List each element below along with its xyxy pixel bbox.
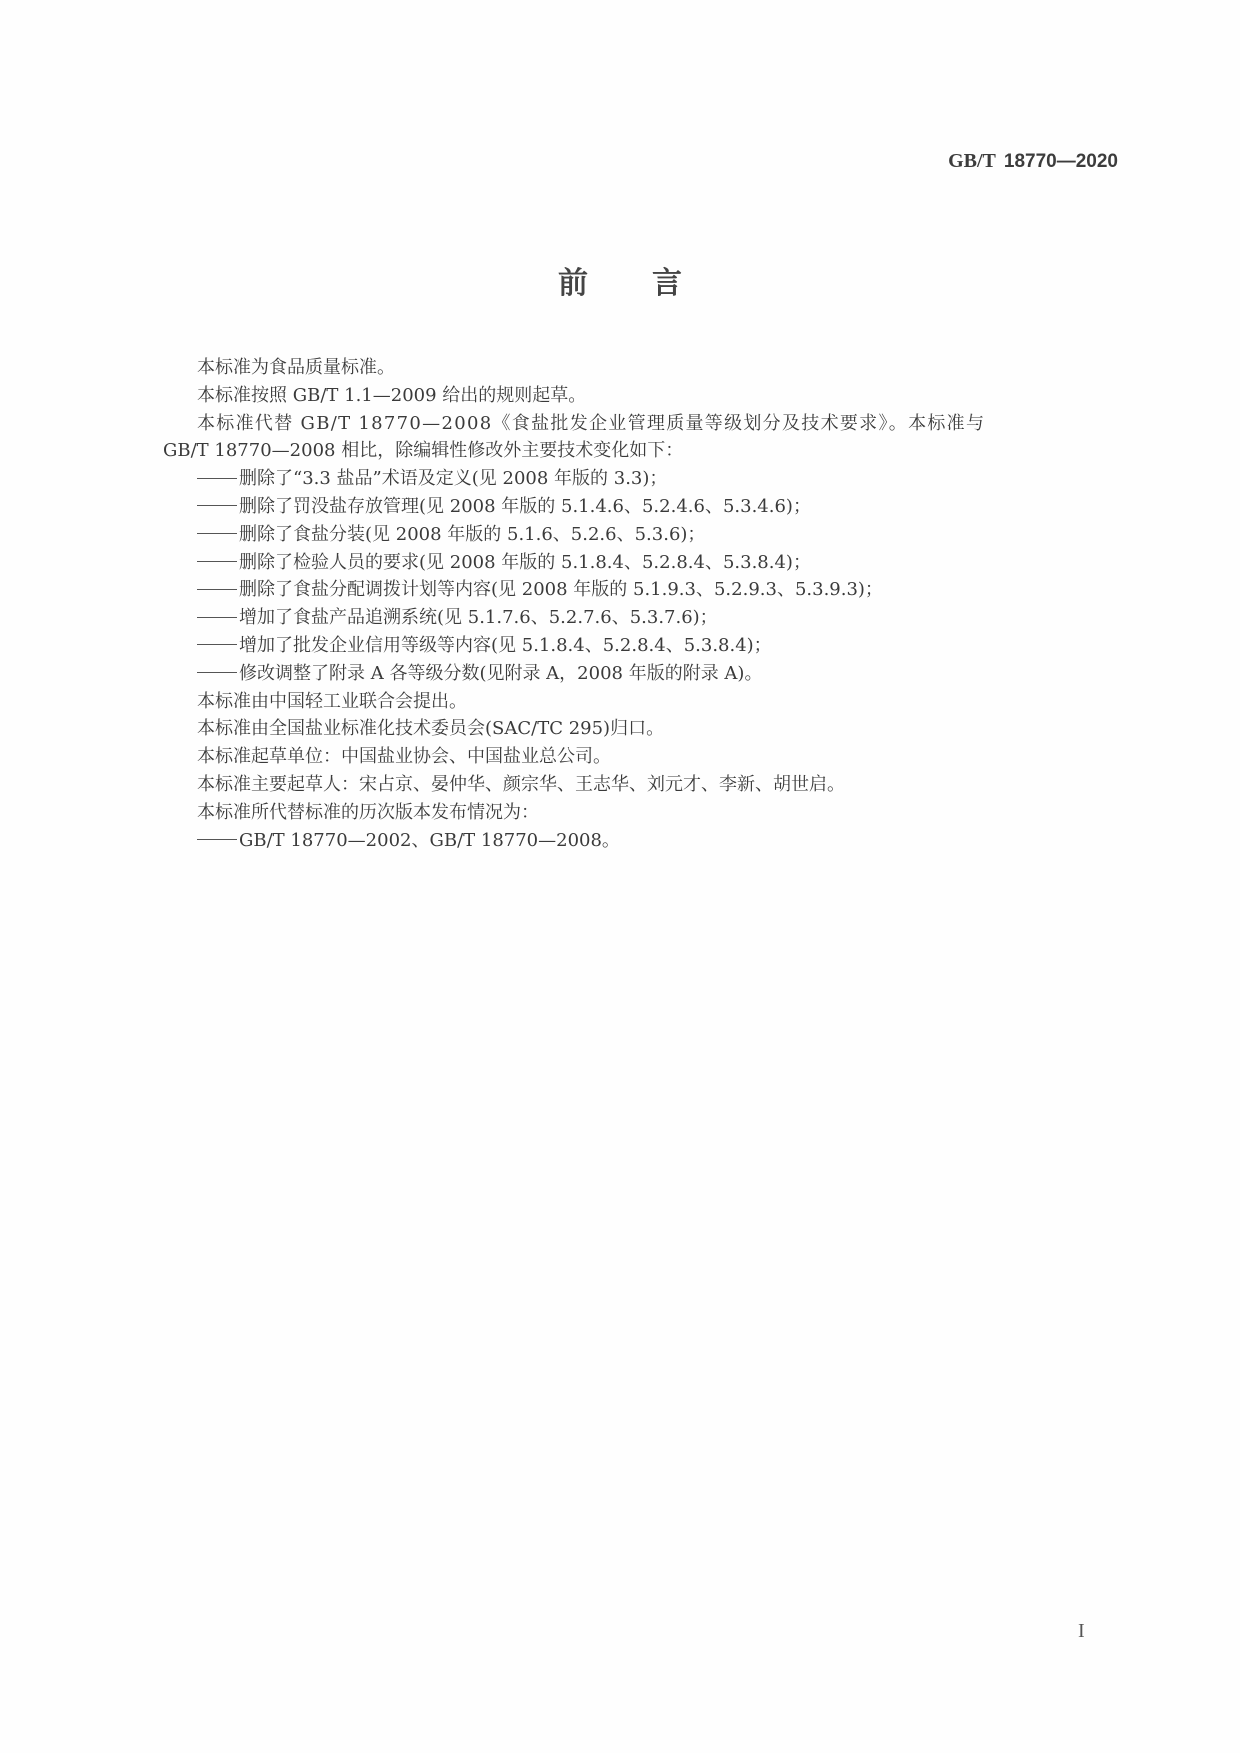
document-page: GB/T18770—2020 前言 本标准为食品质量标准。 本标准按照 GB/T… — [0, 0, 1240, 1753]
standard-code: GB/T — [948, 150, 996, 172]
history-list-item: GB/T 18770—2002、GB/T 18770—2008。 — [163, 827, 1118, 855]
em-dash-marker — [197, 839, 237, 840]
standard-number: 18770—2020 — [1004, 151, 1118, 172]
list-item-text: 增加了食盐产品追溯系统(见 5.1.7.6、5.2.7.6、5.3.7.6)； — [239, 607, 718, 628]
em-dash-marker — [197, 505, 237, 506]
list-item-text: 增加了批发企业信用等级等内容(见 5.1.8.4、5.2.8.4、5.3.8.4… — [239, 635, 772, 656]
list-item: 增加了食盐产品追溯系统(见 5.1.7.6、5.2.7.6、5.3.7.6)； — [163, 604, 1118, 632]
list-item: 增加了批发企业信用等级等内容(见 5.1.8.4、5.2.8.4、5.3.8.4… — [163, 632, 1118, 660]
paragraph-history-intro: 本标准所代替标准的历次版本发布情况为： — [163, 799, 1118, 827]
paragraph-drafters: 本标准主要起草人：宋占京、晏仲华、颜宗华、王志华、刘元才、李新、胡世启。 — [163, 771, 1118, 799]
list-item-text: 删除了食盐分配调拨计划等内容(见 2008 年版的 5.1.9.3、5.2.9.… — [239, 579, 883, 600]
paragraph-replacement-line1: 本标准代替 GB/T 18770—2008《食盐批发企业管理质量等级划分及技术要… — [163, 410, 1118, 438]
em-dash-marker — [197, 561, 237, 562]
standard-header: GB/T18770—2020 — [948, 150, 1118, 173]
list-item: 删除了检验人员的要求(见 2008 年版的 5.1.8.4、5.2.8.4、5.… — [163, 549, 1118, 577]
list-item: 修改调整了附录 A 各等级分数(见附录 A，2008 年版的附录 A)。 — [163, 660, 1118, 688]
em-dash-marker — [197, 478, 237, 479]
paragraph-standard-type: 本标准为食品质量标准。 — [163, 354, 1118, 382]
em-dash-marker — [197, 533, 237, 534]
changes-list: 删除了“3.3 盐品”术语及定义(见 2008 年版的 3.3)； 删除了罚没盐… — [163, 465, 1118, 687]
paragraph-drafting-units: 本标准起草单位：中国盐业协会、中国盐业总公司。 — [163, 743, 1118, 771]
list-item: 删除了食盐分配调拨计划等内容(见 2008 年版的 5.1.9.3、5.2.9.… — [163, 576, 1118, 604]
paragraph-proposed-by: 本标准由中国轻工业联合会提出。 — [163, 688, 1118, 716]
page-title: 前言 — [0, 258, 1240, 302]
em-dash-marker — [197, 589, 237, 590]
list-item-text: 修改调整了附录 A 各等级分数(见附录 A，2008 年版的附录 A)。 — [239, 663, 762, 684]
list-item-text: 删除了食盐分装(见 2008 年版的 5.1.6、5.2.6、5.3.6)； — [239, 524, 705, 545]
list-item-text: GB/T 18770—2002、GB/T 18770—2008。 — [239, 830, 620, 851]
list-item: 删除了“3.3 盐品”术语及定义(见 2008 年版的 3.3)； — [163, 465, 1118, 493]
paragraph-replacement: 本标准代替 GB/T 18770—2008《食盐批发企业管理质量等级划分及技术要… — [163, 410, 1118, 466]
em-dash-marker — [197, 672, 237, 673]
list-item-text: 删除了“3.3 盐品”术语及定义(见 2008 年版的 3.3)； — [239, 468, 667, 489]
foreword-body: 本标准为食品质量标准。 本标准按照 GB/T 1.1—2009 给出的规则起草。… — [163, 354, 1118, 854]
list-item-text: 删除了检验人员的要求(见 2008 年版的 5.1.8.4、5.2.8.4、5.… — [239, 552, 811, 573]
page-number: I — [1078, 1620, 1085, 1643]
list-item: 删除了罚没盐存放管理(见 2008 年版的 5.1.4.6、5.2.4.6、5.… — [163, 493, 1118, 521]
paragraph-replacement-line2: GB/T 18770—2008 相比，除编辑性修改外主要技术变化如下： — [163, 437, 1118, 465]
em-dash-marker — [197, 644, 237, 645]
em-dash-marker — [197, 617, 237, 618]
list-item: 删除了食盐分装(见 2008 年版的 5.1.6、5.2.6、5.3.6)； — [163, 521, 1118, 549]
paragraph-centralized-by: 本标准由全国盐业标准化技术委员会(SAC/TC 295)归口。 — [163, 715, 1118, 743]
paragraph-drafting-rules: 本标准按照 GB/T 1.1—2009 给出的规则起草。 — [163, 382, 1118, 410]
list-item-text: 删除了罚没盐存放管理(见 2008 年版的 5.1.4.6、5.2.4.6、5.… — [239, 496, 811, 517]
